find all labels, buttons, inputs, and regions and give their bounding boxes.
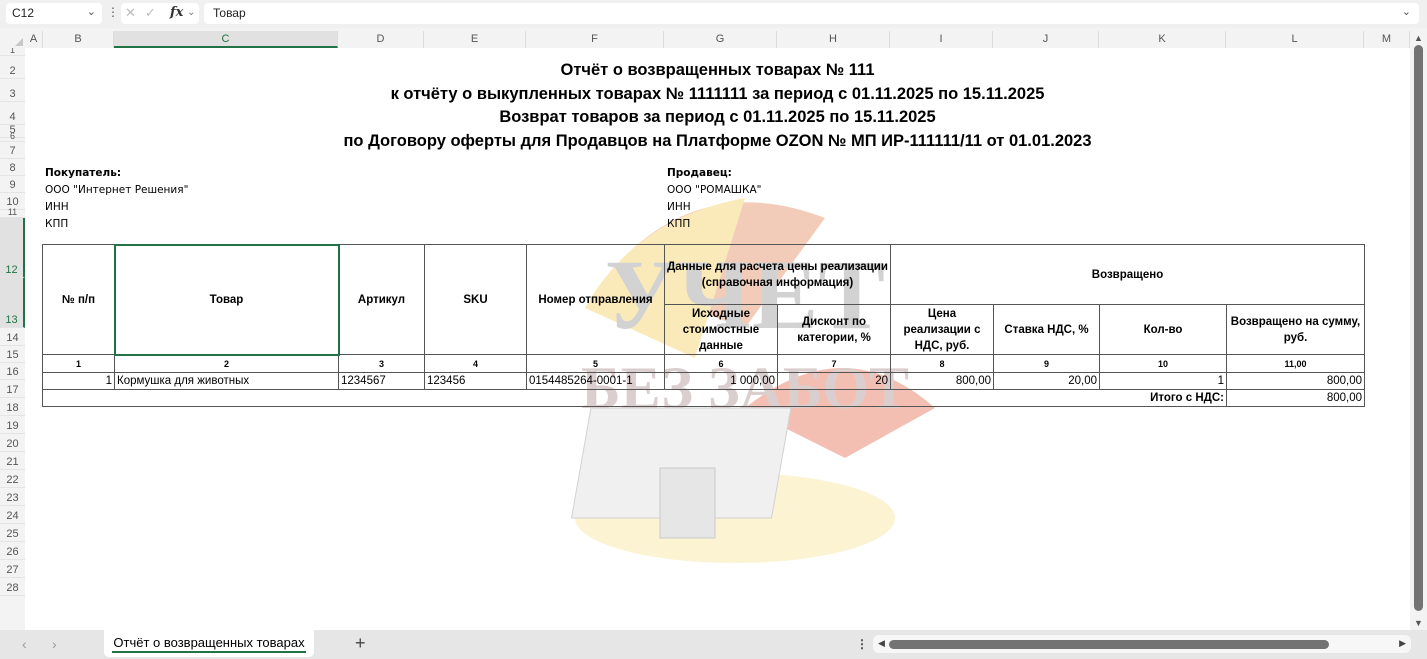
buyer-name: ООО "Интернет Решения" <box>45 182 188 199</box>
column-header-m[interactable]: M <box>1364 31 1410 48</box>
column-number[interactable]: 4 <box>425 355 527 373</box>
row-header-26[interactable]: 26 <box>0 542 25 560</box>
insert-function-icon[interactable]: fx <box>170 5 183 20</box>
row-header-11[interactable]: 11 <box>0 210 25 218</box>
header-product[interactable]: Товар <box>115 245 339 355</box>
header-shipment[interactable]: Номер отправления <box>527 245 665 355</box>
cancel-icon[interactable]: ✕ <box>125 5 136 21</box>
cell-initial-cost[interactable]: 1 000,00 <box>665 373 778 390</box>
cell-discount[interactable]: 20 <box>778 373 891 390</box>
column-header-a[interactable]: A <box>25 31 43 48</box>
column-header-e[interactable]: E <box>424 31 526 48</box>
scroll-up-icon[interactable]: ▲ <box>1414 33 1423 43</box>
name-box-value: C12 <box>12 6 34 20</box>
expand-formula-bar-icon[interactable]: ⌄ <box>1402 5 1411 18</box>
cell-sku[interactable]: 123456 <box>425 373 527 390</box>
row-header-1[interactable]: 1 <box>0 48 25 56</box>
vertical-scroll-thumb[interactable] <box>1414 45 1423 611</box>
row-header-12[interactable]: 12 <box>0 218 25 278</box>
column-number[interactable]: 1 <box>43 355 115 373</box>
column-number[interactable]: 7 <box>778 355 891 373</box>
column-header-g[interactable]: G <box>664 31 777 48</box>
report-subtitle: к отчёту о выкупленных товарах № 1111111… <box>25 85 1410 104</box>
row-header-2[interactable]: 2 <box>0 56 25 79</box>
column-header-j[interactable]: J <box>993 31 1099 48</box>
more-options-icon[interactable]: ⋮ <box>856 637 868 651</box>
worksheet-grid[interactable]: УЧЕТ БЕЗ ЗАБОТ Отчёт о возвращенных това… <box>25 48 1410 630</box>
sheet-tab-bar: ‹ › Отчёт о возвращенных товарах + ⋮ ◀ ▶ <box>0 630 1427 659</box>
header-sku[interactable]: SKU <box>425 245 527 355</box>
formula-input[interactable]: Товар ⌄ <box>204 3 1419 24</box>
column-header-k[interactable]: K <box>1099 31 1226 48</box>
buyer-kpp: КПП <box>45 216 188 233</box>
header-article[interactable]: Артикул <box>339 245 425 355</box>
row-header-4[interactable]: 4 <box>0 102 25 125</box>
column-number[interactable]: 2 <box>115 355 339 373</box>
column-header-c[interactable]: C <box>114 31 338 48</box>
row-headers: 1234567891011121314151617181920212223242… <box>0 48 25 596</box>
row-header-23[interactable]: 23 <box>0 488 25 506</box>
row-header-28[interactable]: 28 <box>0 578 25 596</box>
vertical-scrollbar[interactable]: ▲ ▼ <box>1410 31 1427 630</box>
row-header-17[interactable]: 17 <box>0 380 25 398</box>
chevron-down-icon[interactable]: ⌄ <box>187 7 195 18</box>
header-initial-cost[interactable]: Исходные стоимостные данные <box>665 305 778 355</box>
scroll-right-icon[interactable]: ▶ <box>1399 638 1406 649</box>
seller-inn: ИНН <box>667 199 762 216</box>
header-returned-group[interactable]: Возвращено <box>891 245 1365 305</box>
sheet-tab-label: Отчёт о возвращенных товарах <box>113 635 304 650</box>
scroll-left-icon[interactable]: ◀ <box>878 638 885 649</box>
horizontal-scroll-thumb[interactable] <box>889 640 1329 649</box>
row-header-13[interactable]: 13 <box>0 278 25 328</box>
row-header-14[interactable]: 14 <box>0 328 25 346</box>
seller-name: ООО "РОМАШКА" <box>667 182 762 199</box>
row-header-19[interactable]: 19 <box>0 416 25 434</box>
column-number[interactable]: 6 <box>665 355 778 373</box>
total-label[interactable]: Итого с НДС: <box>43 390 1227 407</box>
cell-article[interactable]: 1234567 <box>339 373 425 390</box>
formula-bar: C12 ⌄ ⋮ ✕ ✓ fx ⌄ Товар ⌄ <box>0 0 1427 28</box>
select-all-button[interactable] <box>0 31 25 48</box>
column-header-l[interactable]: L <box>1226 31 1364 48</box>
buyer-inn: ИНН <box>45 199 188 216</box>
prev-sheet-icon[interactable]: ‹ <box>22 636 27 652</box>
cell-num[interactable]: 1 <box>43 373 115 390</box>
row-header-16[interactable]: 16 <box>0 363 25 380</box>
seller-label: Продавец: <box>667 165 762 182</box>
row-header-21[interactable]: 21 <box>0 452 25 470</box>
row-header-15[interactable]: 15 <box>0 346 25 363</box>
row-header-3[interactable]: 3 <box>0 79 25 102</box>
buyer-block: Покупатель: ООО "Интернет Решения" ИНН К… <box>45 165 188 233</box>
column-header-d[interactable]: D <box>338 31 424 48</box>
row-header-24[interactable]: 24 <box>0 506 25 524</box>
active-tab-underline <box>112 651 306 653</box>
row-header-25[interactable]: 25 <box>0 524 25 542</box>
contract-reference: по Договору оферты для Продавцов на Плат… <box>25 132 1410 151</box>
total-row: Итого с НДС: 800,00 <box>43 390 1365 407</box>
header-returned-sum[interactable]: Возвращено на сумму, руб. <box>1227 305 1365 355</box>
table-row: 1 Кормушка для животных 1234567 123456 0… <box>43 373 1365 390</box>
header-sale-price[interactable]: Цена реализации с НДС, руб. <box>891 305 994 355</box>
row-header-8[interactable]: 8 <box>0 159 25 176</box>
header-discount[interactable]: Дисконт по категории, % <box>778 305 891 355</box>
header-num[interactable]: № п/п <box>43 245 115 355</box>
cell-vat-rate[interactable]: 20,00 <box>994 373 1100 390</box>
column-number[interactable]: 9 <box>994 355 1100 373</box>
column-header-h[interactable]: H <box>777 31 890 48</box>
row-header-9[interactable]: 9 <box>0 176 25 193</box>
column-number-row: 1 2 3 4 5 6 7 8 9 10 11,00 <box>43 355 1365 373</box>
formula-buttons: ✕ ✓ fx ⌄ <box>121 3 199 24</box>
seller-kpp: КПП <box>667 216 762 233</box>
column-number[interactable]: 11,00 <box>1227 355 1365 373</box>
row-header-18[interactable]: 18 <box>0 398 25 416</box>
row-header-20[interactable]: 20 <box>0 434 25 452</box>
scroll-down-icon[interactable]: ▼ <box>1414 618 1423 628</box>
name-box[interactable]: C12 ⌄ <box>6 3 102 24</box>
column-number[interactable]: 8 <box>891 355 994 373</box>
return-period: Возврат товаров за период с 01.11.2025 п… <box>25 108 1410 127</box>
row-header-7[interactable]: 7 <box>0 142 25 159</box>
column-header-f[interactable]: F <box>526 31 664 48</box>
add-sheet-icon[interactable]: + <box>355 633 366 654</box>
column-headers: ABCDEFGHIJKLM <box>0 31 1410 48</box>
seller-block: Продавец: ООО "РОМАШКА" ИНН КПП <box>667 165 762 233</box>
column-number[interactable]: 3 <box>339 355 425 373</box>
column-number[interactable]: 10 <box>1100 355 1227 373</box>
confirm-icon[interactable]: ✓ <box>145 5 156 21</box>
cell-product[interactable]: Кормушка для животных <box>115 373 339 390</box>
row-header-22[interactable]: 22 <box>0 470 25 488</box>
column-header-i[interactable]: I <box>890 31 993 48</box>
total-value[interactable]: 800,00 <box>1227 390 1365 407</box>
chevron-down-icon[interactable]: ⌄ <box>87 5 96 18</box>
cell-qty[interactable]: 1 <box>1100 373 1227 390</box>
horizontal-scrollbar[interactable]: ◀ ▶ <box>873 635 1411 653</box>
column-number[interactable]: 5 <box>527 355 665 373</box>
header-qty[interactable]: Кол-во <box>1100 305 1227 355</box>
cell-returned-sum[interactable]: 800,00 <box>1227 373 1365 390</box>
cell-shipment[interactable]: 0154485264-0001-1 <box>527 373 665 390</box>
row-header-27[interactable]: 27 <box>0 560 25 578</box>
sheet-tab-active[interactable]: Отчёт о возвращенных товарах <box>104 630 314 657</box>
header-calc-group[interactable]: Данные для расчета цены реализации (спра… <box>665 245 891 305</box>
report-title: Отчёт о возвращенных товарах № 111 <box>25 61 1410 80</box>
returns-table: № п/п Товар Артикул SKU Номер отправлени… <box>42 244 1365 407</box>
more-options-icon[interactable]: ⋮ <box>107 5 119 19</box>
cell-sale-price[interactable]: 800,00 <box>891 373 994 390</box>
formula-value: Товар <box>213 6 246 20</box>
buyer-label: Покупатель: <box>45 165 188 182</box>
next-sheet-icon[interactable]: › <box>52 636 57 652</box>
header-vat-rate[interactable]: Ставка НДС, % <box>994 305 1100 355</box>
column-header-b[interactable]: B <box>43 31 114 48</box>
spreadsheet-app: C12 ⌄ ⋮ ✕ ✓ fx ⌄ Товар ⌄ ABCDEFGHIJKLM 1… <box>0 0 1427 659</box>
